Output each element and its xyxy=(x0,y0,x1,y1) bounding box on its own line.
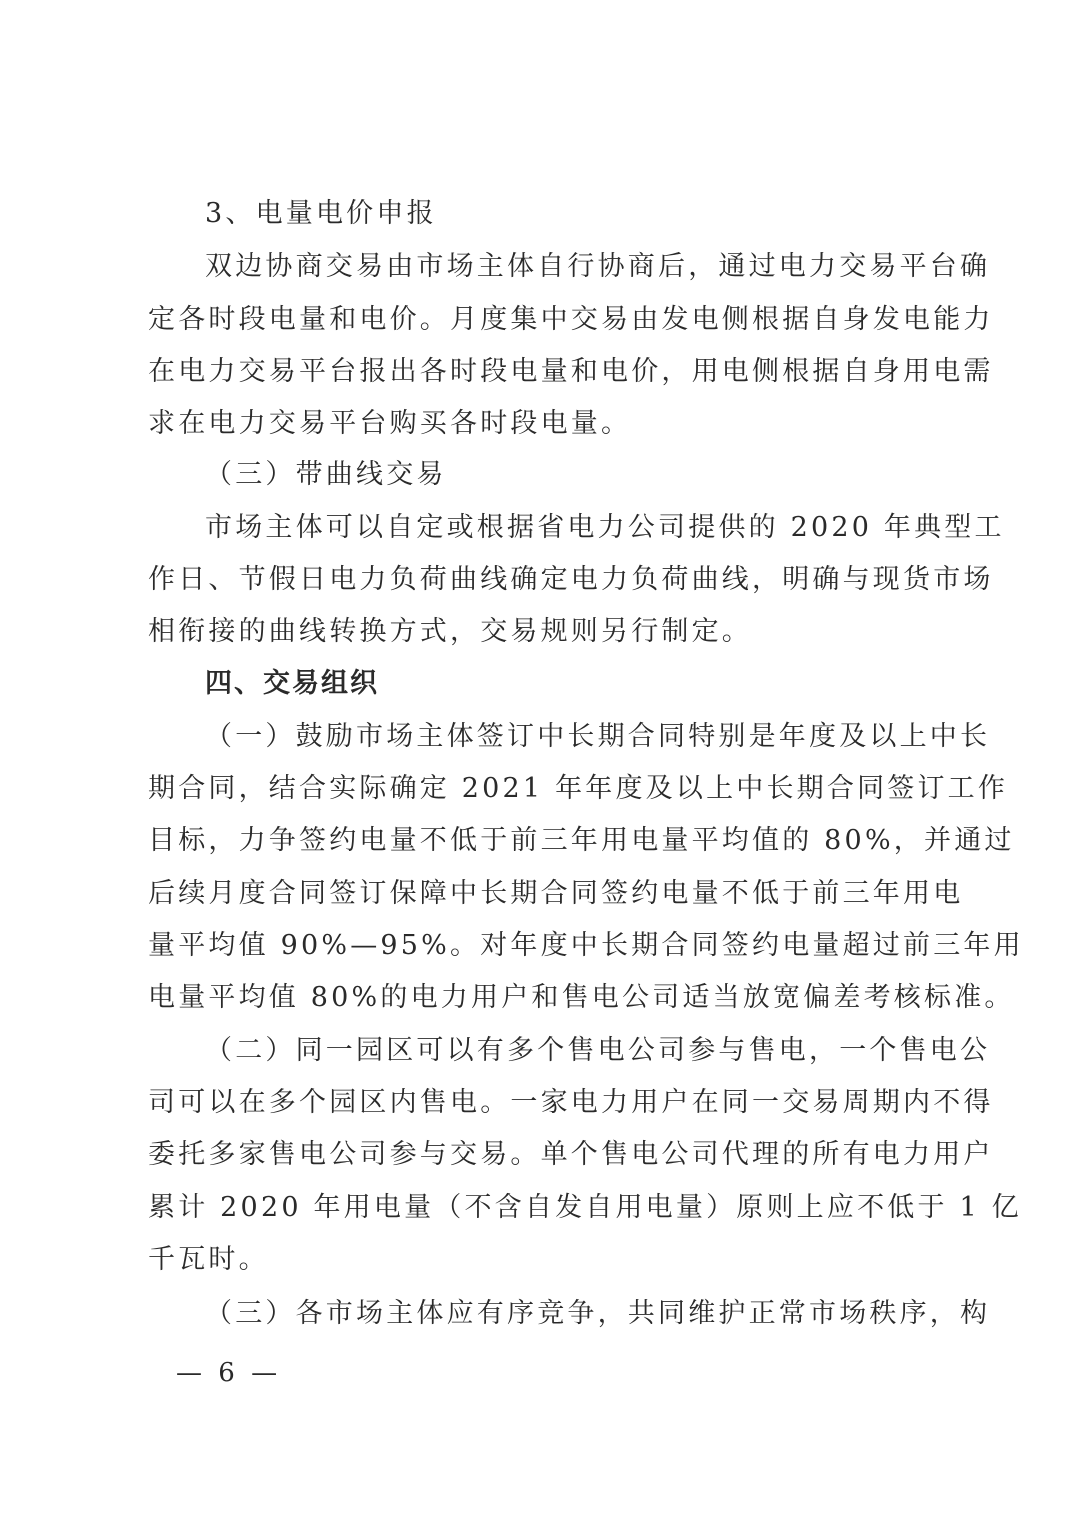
paragraph-line: 司可以在多个园区内售电。一家电力用户在同一交易周期内不得 xyxy=(148,1085,948,1121)
paragraph-line: 作日、节假日电力负荷曲线确定电力负荷曲线，明确与现货市场 xyxy=(148,562,948,598)
paragraph-line: 求在电力交易平台购买各时段电量。 xyxy=(148,406,948,442)
paragraph-line: 目标，力争签约电量不低于前三年用电量平均值的 80%，并通过 xyxy=(148,823,948,859)
paragraph-line: 期合同，结合实际确定 2021 年年度及以上中长期合同签订工作 xyxy=(148,771,948,807)
document-page: 3、电量电价申报 双边协商交易由市场主体自行协商后，通过电力交易平台确 定各时段… xyxy=(0,0,1080,1520)
paragraph-line: 在电力交易平台报出各时段电量和电价，用电侧根据自身用电需 xyxy=(148,354,948,390)
page-number: — 6 — xyxy=(176,1355,281,1391)
paragraph-line: 电量平均值 80%的电力用户和售电公司适当放宽偏差考核标准。 xyxy=(148,980,948,1016)
paragraph-line: 市场主体可以自定或根据省电力公司提供的 2020 年典型工 xyxy=(205,510,948,546)
paragraph-line: 累计 2020 年用电量（不含自发自用电量）原则上应不低于 1 亿 xyxy=(148,1190,948,1226)
paragraph-line: 双边协商交易由市场主体自行协商后，通过电力交易平台确 xyxy=(205,249,948,285)
subsection-heading-3: 3、电量电价申报 xyxy=(205,196,948,232)
paragraph-line: 定各时段电量和电价。月度集中交易由发电侧根据自身发电能力 xyxy=(148,302,948,338)
paragraph-line: 委托多家售电公司参与交易。单个售电公司代理的所有电力用户 xyxy=(148,1137,948,1173)
subsection-heading-curve-trading: （三）带曲线交易 xyxy=(205,457,948,493)
paragraph-line: 后续月度合同签订保障中长期合同签约电量不低于前三年用电 xyxy=(148,876,948,912)
paragraph-line: （一）鼓励市场主体签订中长期合同特别是年度及以上中长 xyxy=(205,719,948,755)
paragraph-line: 相衔接的曲线转换方式，交易规则另行制定。 xyxy=(148,614,948,650)
section-heading-4: 四、交易组织 xyxy=(205,666,948,702)
paragraph-line: （二）同一园区可以有多个售电公司参与售电，一个售电公 xyxy=(205,1033,948,1069)
paragraph-line: 量平均值 90%—95%。对年度中长期合同签约电量超过前三年用 xyxy=(148,928,948,964)
paragraph-line: （三）各市场主体应有序竞争，共同维护正常市场秩序，构 xyxy=(205,1296,948,1332)
paragraph-line: 千瓦时。 xyxy=(148,1242,948,1278)
